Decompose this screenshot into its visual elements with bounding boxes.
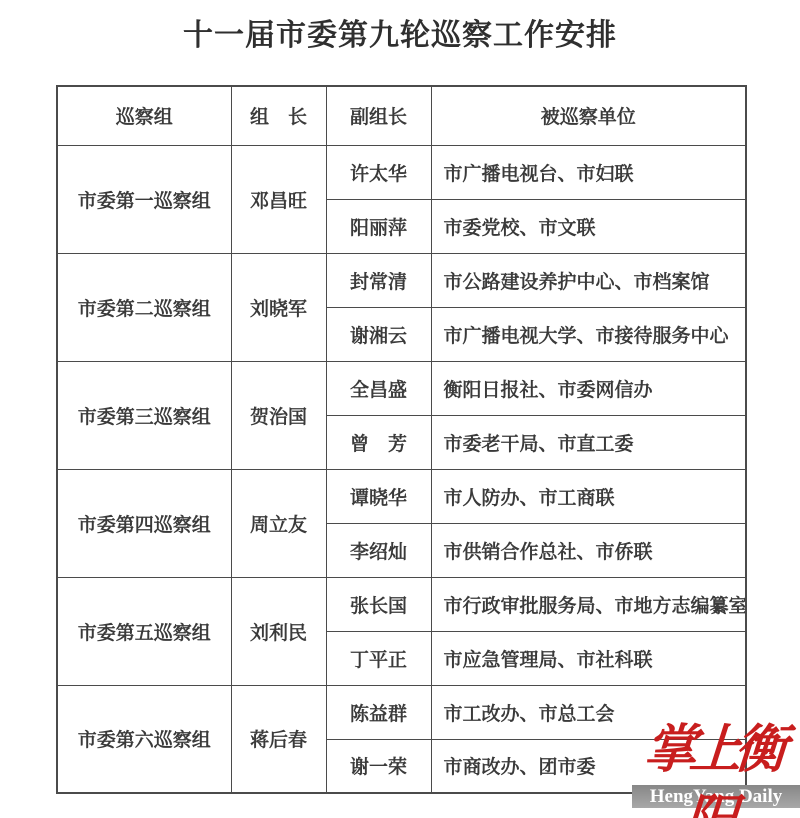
units-cell: 市广播电视大学、市接待服务中心: [431, 307, 746, 361]
deputy-name-cell: 陈益群: [326, 685, 431, 739]
table-row: 市委第一巡察组 邓昌旺 许太华 市广播电视台、市妇联: [57, 145, 746, 199]
header-leader-col: 组 长: [231, 86, 326, 145]
units-cell: 市人防办、市工商联: [431, 469, 746, 523]
leader-name-cell: 刘晓军: [231, 253, 326, 361]
group-name-cell: 市委第四巡察组: [57, 469, 231, 577]
units-cell: 衡阳日报社、市委网信办: [431, 361, 746, 415]
header-deputy-col: 副组长: [326, 86, 431, 145]
deputy-name-cell: 张长国: [326, 577, 431, 631]
table-row: 市委第三巡察组 贺治国 全昌盛 衡阳日报社、市委网信办: [57, 361, 746, 415]
leader-name-cell: 邓昌旺: [231, 145, 326, 253]
units-cell: 市应急管理局、市社科联: [431, 631, 746, 685]
group-name-cell: 市委第六巡察组: [57, 685, 231, 793]
hengyang-daily-logo: 掌上衡阳: [622, 716, 800, 786]
group-name-cell: 市委第三巡察组: [57, 361, 231, 469]
inspection-table: 巡察组 组 长 副组长 被巡察单位 市委第一巡察组 邓昌旺 许太华 市广播电视台…: [56, 85, 747, 794]
group-name-cell: 市委第一巡察组: [57, 145, 231, 253]
deputy-name-cell: 曾 芳: [326, 415, 431, 469]
units-cell: 市委党校、市文联: [431, 199, 746, 253]
table-row: 市委第四巡察组 周立友 谭晓华 市人防办、市工商联: [57, 469, 746, 523]
table-row: 市委第二巡察组 刘晓军 封常清 市公路建设养护中心、市档案馆: [57, 253, 746, 307]
leader-name-cell: 周立友: [231, 469, 326, 577]
leader-name-cell: 蒋后春: [231, 685, 326, 793]
deputy-name-cell: 许太华: [326, 145, 431, 199]
leader-name-cell: 贺治国: [231, 361, 326, 469]
deputy-name-cell: 封常清: [326, 253, 431, 307]
group-name-cell: 市委第二巡察组: [57, 253, 231, 361]
page-title: 十一届市委第九轮巡察工作安排: [0, 16, 800, 56]
table-row: 市委第五巡察组 刘利民 张长国 市行政审批服务局、市地方志编纂室: [57, 577, 746, 631]
units-cell: 市广播电视台、市妇联: [431, 145, 746, 199]
deputy-name-cell: 丁平正: [326, 631, 431, 685]
deputy-name-cell: 全昌盛: [326, 361, 431, 415]
deputy-name-cell: 谭晓华: [326, 469, 431, 523]
units-cell: 市行政审批服务局、市地方志编纂室: [431, 577, 746, 631]
units-cell: 市公路建设养护中心、市档案馆: [431, 253, 746, 307]
units-cell: 市委老干局、市直工委: [431, 415, 746, 469]
inspection-table-container: 巡察组 组 长 副组长 被巡察单位 市委第一巡察组 邓昌旺 许太华 市广播电视台…: [56, 85, 747, 794]
group-name-cell: 市委第五巡察组: [57, 577, 231, 685]
deputy-name-cell: 谢一荣: [326, 739, 431, 793]
table-header-row: 巡察组 组 长 副组长 被巡察单位: [57, 86, 746, 145]
leader-name-cell: 刘利民: [231, 577, 326, 685]
units-cell: 市供销合作总社、市侨联: [431, 523, 746, 577]
deputy-name-cell: 李绍灿: [326, 523, 431, 577]
deputy-name-cell: 阳丽萍: [326, 199, 431, 253]
header-units-col: 被巡察单位: [431, 86, 746, 145]
header-group-col: 巡察组: [57, 86, 231, 145]
deputy-name-cell: 谢湘云: [326, 307, 431, 361]
